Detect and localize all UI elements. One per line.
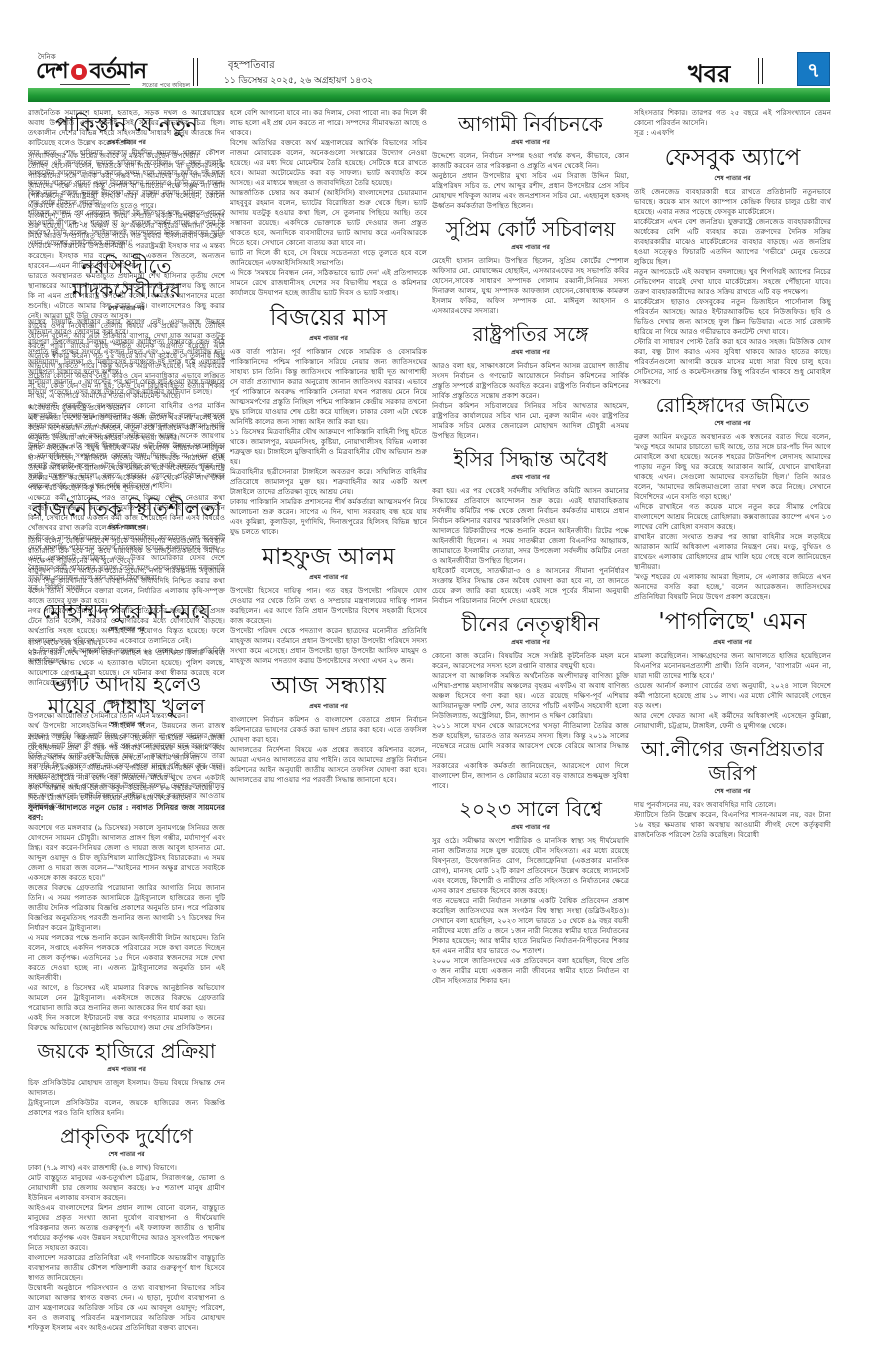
article-body: উদ্দেশ্যে বলেন, নির্বাচন সম্পন্ন হওয়া প…: [432, 151, 629, 211]
article-headline[interactable]: রোহিঙ্গাদের জমিতে: [634, 393, 831, 417]
continuation-label: শেষ পাতার পর: [28, 303, 225, 314]
paragraph: এ সময় পলকের পক্ষে শুনানি করেন আইনজীবী ল…: [28, 933, 225, 983]
paragraph: 'মংডু শহরের যে এলাকায় আমরা ছিলাম, সে এল…: [634, 572, 831, 602]
paragraph: শফিকুল আলম প্রশ্ন তোলেন জরিপ কি ইতিহাস ম…: [28, 208, 225, 248]
paragraph: রায়পুরা উপজেলার নিলক্ষা এলাকায় আধিপত্য…: [28, 337, 225, 377]
paragraph: সুর ওঠে। সমীক্ষার অংশে শারীরিক ও মানসিক …: [432, 836, 629, 896]
news-article[interactable]: বিজয়ের মাসপ্রথম পাতার পরএক বার্তা পাঠান…: [230, 304, 427, 537]
article-body: অবৈধভাবে যুক্তরাষ্ট্রে প্রবেশ করেন।এই প্…: [28, 403, 225, 583]
article-headline[interactable]: আ.লীগের জনপ্রিয়তার জরিপ: [634, 737, 831, 785]
article-headline[interactable]: ইসির সিদ্ধান্ত অবৈধ: [432, 447, 629, 471]
paragraph: মামলার উভয় আসামি জামিনে ছিলেন। ভাইয়ের …: [28, 733, 225, 763]
continuation-label: প্রথম পাতার পর: [432, 137, 629, 148]
paragraph: এ দিকে 'সমন্বয়ে নিবন্ধন নেন, সঠিকভাবে ভ…: [230, 268, 427, 298]
paragraph: তার মতে, শেখ হাসিনার সরকার দীর্ঘদিন ক্ষম…: [28, 148, 225, 208]
paragraph: মার্কেটপ্লেস ছাড়াও ফেসবুকের নতুন ডিজাইন…: [634, 297, 831, 337]
paragraph: মামলা করেছিলেন। সাক্ষ্যগ্রহণের জন্য আদাল…: [634, 651, 831, 681]
paragraph: অবশেষে গত মঙ্গলবার (৯ ডিসেম্বর) সকালে সু…: [28, 823, 225, 883]
continuation-label: প্রথম পাতার পর: [432, 347, 629, 358]
paragraph: ২০১১ সালে যখন থেকে আরসেপের খসড়া নীতিমাল…: [432, 721, 629, 761]
paragraph: কোনো কাজ করেনি। বিষয়টির সঙ্গে সংশ্লিষ্ট…: [432, 651, 629, 671]
header-bar: [28, 88, 830, 102]
article-headline[interactable]: নরসিংদীতে মাদকসেবীদের: [28, 254, 225, 302]
paragraph: তাই জেনজেড ব্যবহারকারী ধরে রাখতে প্রতিষ্…: [634, 187, 831, 217]
paragraph: মোট বাস্তুচ্যুত মানুষের এক-চতুর্থাংশ চট্…: [28, 1173, 225, 1203]
continuation-label: প্রথম পাতার পর: [230, 701, 427, 712]
news-article[interactable]: রাষ্ট্রপতির সঙ্গেপ্রথম পাতার পরআরও বলা হ…: [432, 322, 629, 441]
paragraph: এদিকে রাখাইনে গত কয়েক মাসে নতুন করে সীম…: [634, 502, 831, 532]
paragraph: আরও বলা হয়, সাক্ষাৎকালে নির্বাচন কমিশন …: [432, 361, 629, 401]
paragraph: এর আগে, ৪ ডিসেম্বর এই মামলার বিরুদ্ধে আন…: [28, 983, 225, 1013]
continuation-label: প্রথম পাতার পর: [28, 1064, 225, 1075]
paragraph: বাংলাদেশ সরকারের প্রতিনিধিরা এই গণনাটিকে…: [28, 1253, 225, 1283]
news-article[interactable]: আ.লীগের জনপ্রিয়তার জরিপশেষ পাতার পরদায়…: [634, 737, 831, 840]
news-article[interactable]: ইসির সিদ্ধান্ত অবৈধপ্রথম পাতার পরকরা হয়…: [432, 447, 629, 606]
paragraph: সহিংসতার শিকার। তারপর গত ২৫ বছরে এই পরিস…: [634, 108, 831, 128]
paragraph: জজের বিরুদ্ধে গ্রেফতারি পরোয়ানা জারির আ…: [28, 883, 225, 933]
news-article[interactable]: মাহফুজ আলমপ্রথম পাতার পরউপদেষ্টা হিসেবে …: [230, 543, 427, 666]
paragraph: আদালতে রিটকারীদের পক্ষে শুনানি করেন আইনজ…: [432, 526, 629, 566]
paragraph: অতীতেও নানা অনিয়মের কারণে মালয়েশিয়া, …: [28, 533, 225, 553]
news-article[interactable]: মায়ের দোয়ায় খুললশেষ পাতার পরমামলার উভ…: [28, 694, 225, 1033]
article-body: নুরুল আমিন মংডুতে অবস্থানরত এক স্বজনের ব…: [634, 432, 831, 602]
article-body: অস্ত্রের বিষয়টি অস্বীকার করার সুযোগ নেই…: [28, 317, 225, 397]
paragraph: করা হয়। এর পর থেকেই সর্বদলীয় সম্মিলিত …: [432, 486, 629, 526]
column-5: রাজনৈতিক সমাবেশে হামলা, হতাহত, সড়ক দখল …: [28, 108, 225, 1368]
paragraph: আন্তর্জাতিক চেম্বার অব কমার্স (আইসিসি) ব…: [230, 188, 427, 248]
continuation-label: প্রথম পাতার পর: [432, 822, 629, 833]
paragraph: দায় পুনর্বাসনের নয়, বরং জবাবদিহির দাবি…: [634, 800, 831, 810]
paragraph: উপদেষ্টা হিসেবে দায়িত্ব পান। গত বছর উপদ…: [230, 586, 427, 626]
paragraph: এমন প্রেক্ষাপটে আফ্রিকা এবং উত্তর আমেরিক…: [28, 553, 225, 583]
paragraph: আরসেপ বা আঞ্চলিক সমন্বিত অর্থনৈতিক অংশীদ…: [432, 671, 629, 721]
paragraph: রাজনৈতিক সমাবেশে হামলা, হতাহত, সড়ক দখল …: [28, 108, 225, 148]
article-headline[interactable]: চীনের নেতৃত্বাধীন: [432, 612, 629, 636]
continuation-label: প্রথম পাতার পর: [230, 572, 427, 583]
continuation-label: প্রথম পাতার পর: [634, 637, 831, 648]
paragraph: আর দেশে ফেরত আসা এই কর্মীদের অধিকাংশই এস…: [634, 711, 831, 731]
column-4: সহিংসতার শিকার। তারপর গত ২৫ বছরে এই পরিস…: [634, 108, 831, 1368]
article-headline[interactable]: ফেসবুক অ্যাপে: [634, 144, 831, 172]
paragraph: সব বেদনা, বঞ্চনা, অভিমান-সব পেরিয়ে ন্যা…: [28, 763, 225, 803]
article-body: সুর ওঠে। সমীক্ষার অংশে শারীরিক ও মানসিক …: [432, 836, 629, 986]
article-body: সহিংসতার শিকার। তারপর গত ২৫ বছরে এই পরিস…: [634, 108, 831, 128]
article-body: ঢাকা (৭.৯ লাখ) এবং রাজশাহী (৬.৪ লাখ) বিভ…: [28, 1163, 225, 1333]
paragraph: অনুষ্ঠানে প্রধান উপদেষ্টার মুখ্য সচিব এম…: [432, 171, 629, 211]
article-headline[interactable]: বিজয়ের মাস: [230, 304, 427, 332]
news-article[interactable]: নরসিংদীতে মাদকসেবীদেরশেষ পাতার পরঅস্ত্রে…: [28, 254, 225, 397]
article-body: উপদেষ্টা হিসেবে দায়িত্ব পান। গত বছর উপদ…: [230, 586, 427, 666]
paragraph: সরকারের একাধিক কর্মকর্তা জানিয়েছেন, আরস…: [432, 761, 629, 791]
paragraph: উদ্দেশ্যে বলেন, নির্বাচন সম্পন্ন হওয়া প…: [432, 151, 629, 171]
continuation-label: প্রথম পাতার পর: [432, 242, 629, 253]
article-body: চিফ প্রসিকিউটর মোহাম্মদ তাজুল ইসলাম। উভয…: [28, 1078, 225, 1118]
news-columns: পাকিস্তান যে নতুনপ্রথম পাতার পরসাংবাদিকদ…: [28, 108, 832, 1368]
article-body: রাজনৈতিক সমাবেশে হামলা, হতাহত, সড়ক দখল …: [28, 108, 225, 248]
news-article[interactable]: সহিংসতার শিকার। তারপর গত ২৫ বছরে এই পরিস…: [634, 108, 831, 138]
article-body: দায় পুনর্বাসনের নয়, বরং জবাবদিহির দাবি…: [634, 800, 831, 840]
continuation-label: শেষ পাতার পর: [634, 418, 831, 429]
paragraph: হলে বেশি আগানো যাবে না। কর দিলাম, সেবা প…: [230, 108, 427, 138]
dateline: ১১ ডিসেম্বর ২০২৫, ২৬ অগ্রহায়ণ ১৪৩২: [224, 73, 373, 88]
article-headline[interactable]: ২০২৩ সালে বিশ্বে: [432, 797, 629, 821]
article-body: বাসা থেকে বের হয়ে যায়।ঘটনার ধরন দেখে প…: [28, 638, 225, 688]
divider: [758, 58, 763, 84]
page-number-badge: ৭: [797, 52, 830, 86]
column-3: আগামী নির্বাচনকেপ্রথম পাতার পরউদ্দেশ্যে …: [432, 108, 629, 1368]
article-body: করা হয়। এর পর থেকেই সর্বদলীয় সম্মিলিত …: [432, 486, 629, 606]
continuation-label: শেষ পাতার পর: [28, 1149, 225, 1160]
article-source: সূত্র : এএফপি: [634, 128, 831, 138]
paragraph: স্টোরি বা সাধারণ পোস্ট তৈরি করা হবে আরও …: [634, 337, 831, 387]
paragraph: গত নভেম্বরে নারী নির্যাতন সংক্রান্ত একটি…: [432, 896, 629, 956]
paragraph: ১১ ডিসেম্বর মিত্রবাহিনীর যৌথ আক্রমণে পাক…: [230, 427, 427, 467]
news-article[interactable]: রাজনৈতিক সমাবেশে হামলা, হতাহত, সড়ক দখল …: [28, 108, 225, 248]
article-body: আরও বলা হয়, সাক্ষাৎকালে নির্বাচন কমিশন …: [432, 361, 629, 441]
paragraph: ২০০০ সালে জাতিসংঘের এক প্রতিবেদনে বলা হয…: [432, 956, 629, 986]
paragraph: আদালতের নির্দেশনা বিষয়ে এক প্রশ্নের জবা…: [230, 745, 427, 785]
news-article[interactable]: জয়কে হাজিরে প্রক্রিয়াপ্রথম পাতার পরচিফ…: [28, 1039, 225, 1118]
paragraph: অস্ত্রের বিষয়টি অস্বীকার করার সুযোগ নেই…: [28, 317, 225, 337]
paragraph: নতুন আপডেটে এই অবস্থান বদলাচ্ছে। খুব শিগ…: [634, 267, 831, 297]
paragraph: রাখাইন রাজ্যে সংঘাত শুরুর পর জান্তা বাহি…: [634, 532, 831, 572]
paragraph: হাইকোর্ট বলেছে, সাতক্ষীরা-৩ ও ৪ আসনের সী…: [432, 566, 629, 606]
news-article[interactable]: আজ সন্ধ্যায়প্রথম পাতার পরবাংলাদেশ নির্ব…: [230, 672, 427, 785]
paragraph: ব্র্যাক মাইগ্রেশন ও ইয়ুথ প্ল্যাটফর্ম এর…: [28, 443, 225, 493]
paragraph: মিত্রবাহিনীর ছত্রীসেনারা টাঙ্গাইলে অবতরণ…: [230, 467, 427, 497]
map-flag-icon: [71, 64, 87, 80]
article-body: হলে বেশি আগানো যাবে না। কর দিলাম, সেবা প…: [230, 108, 427, 298]
paragraph: নুরুল আমিন মংডুতে অবস্থানরত এক স্বজনের ব…: [634, 432, 831, 502]
news-article[interactable]: মোহাম্মদপুরে মা-মেয়েশেষ পাতার পরবাসা থে…: [28, 599, 225, 688]
news-article[interactable]: হলে বেশি আগানো যাবে না। কর দিলাম, সেবা প…: [230, 108, 427, 298]
continuation-label: শেষ পাতার পর: [28, 719, 225, 730]
paragraph: চিফ প্রসিকিউটর মোহাম্মদ তাজুল ইসলাম। উভয…: [28, 1078, 225, 1098]
article-headline[interactable]: সুপ্রিম কোর্ট সচিবালয়: [432, 217, 629, 241]
paragraph: উদ্বোধনী অনুষ্ঠানে পরিসংখ্যান ও তথ্য ব্য…: [28, 1283, 225, 1333]
paragraph: ঢাকায় পাকিস্তানি সামরিক প্রশাসনের শীর্ষ…: [230, 497, 427, 537]
paragraph: বাংলাদেশ নির্বাচন কমিশন ও বাংলাদেশ বেতার…: [230, 715, 427, 745]
continuation-label: শেষ পাতার পর: [634, 173, 831, 184]
article-source: সূত্র : বিবিসি বাংলা: [28, 583, 225, 593]
paragraph: স্ট্যাটিসে তিনি উল্লেখ করেন, বিএনপির শাস…: [634, 810, 831, 840]
article-body: তাই জেনজেড ব্যবহারকারী ধরে রাখতে প্রতিষ্…: [634, 187, 831, 387]
article-headline[interactable]: জয়কে হাজিরে প্রক্রিয়া: [28, 1039, 225, 1063]
news-article[interactable]: অবৈধভাবে যুক্তরাষ্ট্রে প্রবেশ করেন।এই প্…: [28, 403, 225, 593]
paragraph: মার্কেটপ্লেস এখন বেশ জনপ্রিয়। যুক্তরাষ্…: [634, 217, 831, 267]
paragraph: এই প্রবণতা দেশের শ্রমশক্তি রপ্তানির জন্য…: [28, 413, 225, 443]
paragraph: আইওএম বাংলাদেশের মিশন প্রধান ল্যান্স বোন…: [28, 1203, 225, 1253]
column-2: হলে বেশি আগানো যাবে না। কর দিলাম, সেবা প…: [230, 108, 427, 1368]
paragraph: এক্ষেত্রে কর্মী পাঠানোর পরও তাদের বিষয়ে…: [28, 493, 225, 533]
divider: [193, 58, 198, 86]
news-article[interactable]: চীনের নেতৃত্বাধীনপ্রথম পাতার পরকোনো কাজ …: [432, 612, 629, 791]
paragraph: অবৈধভাবে যুক্তরাষ্ট্রে প্রবেশ করেন।: [28, 403, 225, 413]
paragraph: ঘটনার ধরন দেখে পুলিশ ধারণা করছিল হয় 'প্…: [28, 648, 225, 688]
paragraph: উপদেষ্টা পরিষদ থেকে পদত্যাগ করেন ছাত্রদে…: [230, 626, 427, 666]
paragraph: ভ্যাট না দিলে কী হবে, সে বিষয়ে সচেতনতা …: [230, 248, 427, 268]
article-headline[interactable]: প্রাকৃতিক দুর্যোগে: [28, 1124, 225, 1148]
news-article[interactable]: আগামী নির্বাচনকেপ্রথম পাতার পরউদ্দেশ্যে …: [432, 112, 629, 211]
article-headline[interactable]: মোহাম্মদপুরে মা-মেয়ে: [28, 599, 225, 623]
article-body: মামলা করেছিলেন। সাক্ষ্যগ্রহণের জন্য আদাল…: [634, 651, 831, 731]
article-body: মেহেদী হাসান তালিম। উপস্থিত ছিলেন, সুপ্র…: [432, 256, 629, 316]
article-headline[interactable]: মাহফুজ আলম: [230, 543, 427, 571]
subsection-title: সুনামগঞ্জ আদালতে নতুন ভোর : নবাগত সিনিয়…: [28, 803, 225, 823]
news-article[interactable]: প্রাকৃতিক দুর্যোগেশেষ পাতার পরঢাকা (৭.৯ …: [28, 1124, 225, 1333]
continuation-label: প্রথম পাতার পর: [432, 472, 629, 483]
news-article[interactable]: ফেসবুক অ্যাপেশেষ পাতার পরতাই জেনজেড ব্যব…: [634, 144, 831, 387]
paragraph: স্থানীয়রা জানান, ৫ আগস্টের পর থানা থেকে…: [28, 377, 225, 397]
article-body: মামলার উভয় আসামি জামিনে ছিলেন। ভাইয়ের …: [28, 733, 225, 1033]
article-body: বাংলাদেশ নির্বাচন কমিশন ও বাংলাদেশ বেতার…: [230, 715, 427, 785]
paragraph: এক বার্তা পাঠান। পূর্ব পাকিস্তান থেকে সা…: [230, 347, 427, 427]
continuation-label: প্রথম পাতার পর: [230, 333, 427, 344]
article-body: কোনো কাজ করেনি। বিষয়টির সঙ্গে সংশ্লিষ্ট…: [432, 651, 629, 791]
masthead: দৈনিক দেশ বর্তমান সত্যের পথে অবিচল বৃহস্…: [0, 0, 870, 100]
paragraph: ঢাকা (৭.৯ লাখ) এবং রাজশাহী (৬.৪ লাখ) বিভ…: [28, 1163, 225, 1173]
article-headline[interactable]: আজ সন্ধ্যায়: [230, 672, 427, 700]
paragraph: বাসা থেকে বের হয়ে যায়।: [28, 638, 225, 648]
article-headline[interactable]: মায়ের দোয়ায় খুলল: [28, 694, 225, 718]
article-headline[interactable]: 'পাগলিছে' এমন: [634, 608, 831, 636]
news-article[interactable]: 'পাগলিছে' এমনপ্রথম পাতার পরমামলা করেছিলে…: [634, 608, 831, 731]
news-article[interactable]: রোহিঙ্গাদের জমিতেশেষ পাতার পরনুরুল আমিন …: [634, 393, 831, 602]
article-headline[interactable]: রাষ্ট্রপতির সঙ্গে: [432, 322, 629, 346]
paragraph: বিশেষ অতিথির বক্তব্যে অর্থ মন্ত্রণালয়ের…: [230, 138, 427, 188]
continuation-label: শেষ পাতার পর: [634, 786, 831, 797]
article-body: এক বার্তা পাঠান। পূর্ব পাকিস্তান থেকে সা…: [230, 347, 427, 537]
continuation-label: প্রথম পাতার পর: [432, 637, 629, 648]
news-article[interactable]: সুপ্রিম কোর্ট সচিবালয়প্রথম পাতার পরমেহে…: [432, 217, 629, 316]
article-headline[interactable]: আগামী নির্বাচনকে: [432, 112, 629, 136]
paragraph: মেহেদী হাসান তালিম। উপস্থিত ছিলেন, সুপ্র…: [432, 256, 629, 316]
paragraph: একই দিন সকালে ইন্টারনেট বন্ধ করে গণহত্যা…: [28, 1013, 225, 1033]
continuation-label: শেষ পাতার পর: [28, 624, 225, 635]
news-article[interactable]: ২০২৩ সালে বিশ্বেপ্রথম পাতার পরসুর ওঠে। স…: [432, 797, 629, 986]
paragraph: নির্বাচন কমিশন সচিবালয়ের সিনিয়র সচিব আ…: [432, 401, 629, 441]
paragraph: ওয়েজ আর্নার্স কল্যাণ বোর্ডের তথ্য অনুযা…: [634, 681, 831, 711]
paragraph: ট্রাইব্যুনালে প্রসিকিউটর বলেন, জয়কে হাজ…: [28, 1098, 225, 1118]
